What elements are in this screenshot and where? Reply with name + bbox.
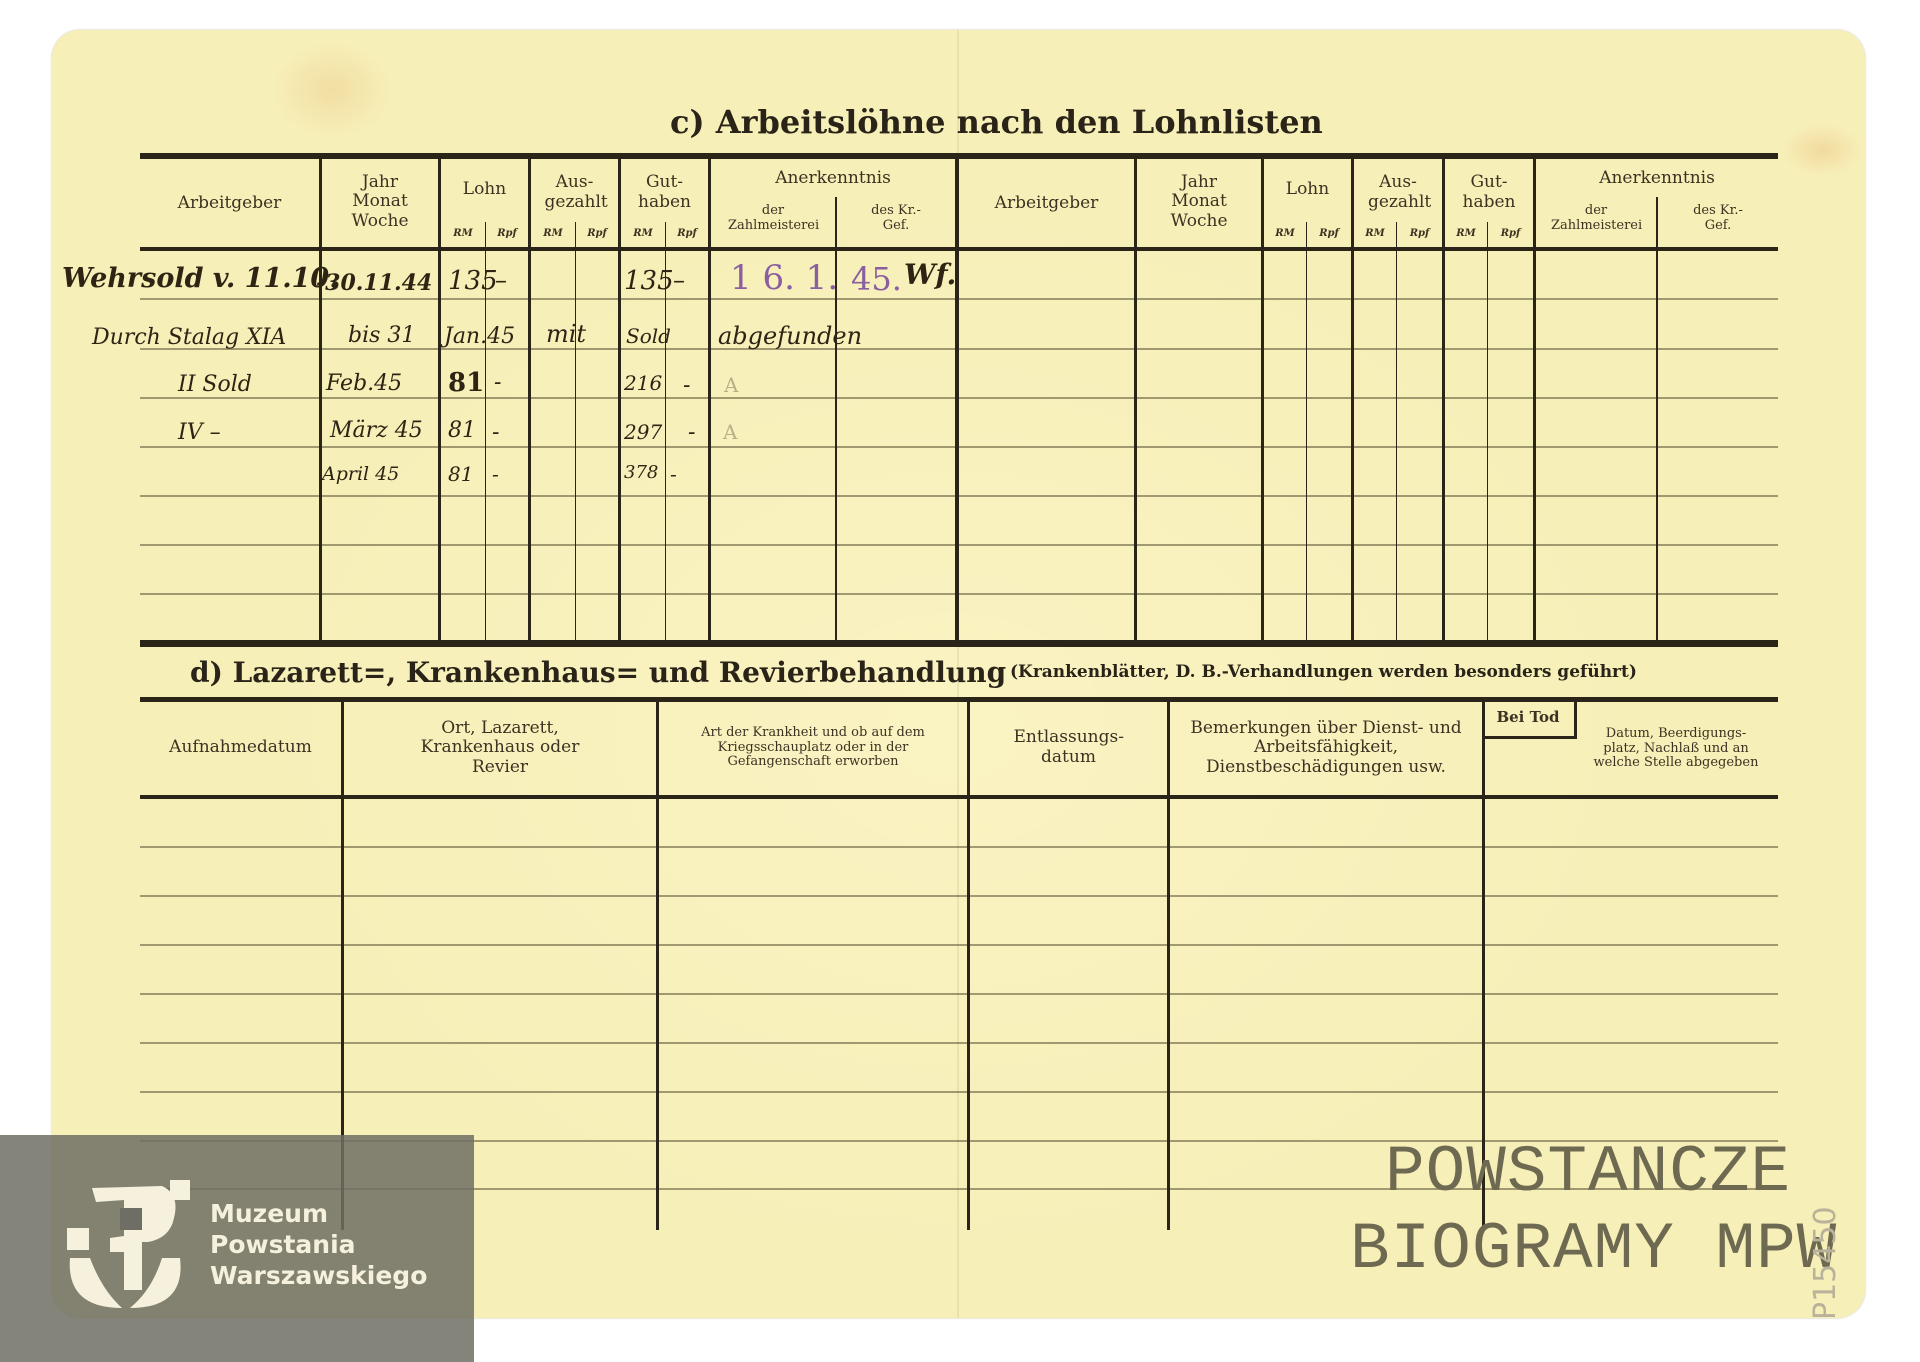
entry-arbeitgeber: Wehrsold v. 11.10.: [62, 263, 339, 294]
subcol-line: [1306, 222, 1307, 642]
section-c-title: c) Arbeitslöhne nach den Lohnlisten: [670, 103, 1323, 141]
header-ausgezahlt: Aus- gezahlt: [531, 163, 618, 223]
entry-jahr-monat: Feb.45: [326, 371, 402, 396]
header-der-zahlmeisterei-2: der Zahlmeisterei: [1536, 195, 1656, 243]
header-jahr-monat-woche: Jahr Monat Woche: [322, 162, 438, 242]
entry-guthaben-rpf: -: [683, 373, 690, 398]
entry-lohn-rpf: -: [494, 370, 501, 395]
header-des-kr-gef-2: des Kr.-Gef.: [1658, 195, 1778, 243]
subcol-line: [575, 222, 576, 642]
subheader-rm: RM: [1445, 228, 1487, 239]
row-rule: [140, 1091, 1778, 1093]
header-lohn: Lohn: [441, 165, 528, 215]
table-d-header-border: [140, 795, 1778, 799]
kotwica-logo-icon: [62, 1180, 192, 1315]
entry-jahr-monat: -30.11.44: [316, 270, 432, 296]
section-d-subtitle: (Krankenblätter, D. B.-Verhandlungen wer…: [1010, 662, 1637, 682]
header-lohn-2: Lohn: [1264, 165, 1351, 215]
header-bemerkungen: Bemerkungen über Dienst- und Arbeitsfähi…: [1170, 702, 1482, 794]
entry-lohn-rm: 81: [448, 418, 476, 443]
entry-lohn-rpf: –: [495, 266, 507, 294]
subheader-rm: RM: [1354, 228, 1396, 239]
entry-guthaben-rm: 135: [624, 266, 674, 296]
entry-guthaben-rm: 297: [624, 420, 662, 444]
header-ausgezahlt-2: Aus- gezahlt: [1354, 163, 1442, 223]
subheader-rm: RM: [621, 228, 665, 239]
subheader-rpf: Rpf: [486, 228, 528, 239]
header-der-zahlmeisterei: der Zahlmeisterei: [711, 195, 835, 243]
entry-lohn-rm: 135: [448, 266, 498, 296]
entry-guthaben-rpf: -: [670, 462, 677, 486]
row-rule: [140, 944, 1778, 946]
header-arbeitgeber-2: Arbeitgeber: [959, 160, 1134, 247]
signature: Wf.: [904, 258, 956, 291]
entry-initial: A: [723, 420, 737, 444]
row-rule: [140, 1042, 1778, 1044]
subheader-rpf: Rpf: [576, 228, 618, 239]
entry-zahlmeisterei: abgefunden: [718, 322, 862, 350]
subheader-rpf: Rpf: [666, 228, 708, 239]
entry-lohn-rpf: -: [492, 462, 499, 486]
entry-lohn-rm: 81: [448, 368, 484, 398]
archive-id: P15450: [1808, 1206, 1843, 1320]
subcol-line: [1656, 197, 1658, 642]
entry-guthaben-rpf: -: [688, 420, 695, 445]
header-art-der-krankheit: Art der Krankheit und ob auf dem Kriegss…: [659, 702, 967, 794]
header-entlassungsdatum: Entlassungs- datum: [970, 702, 1167, 794]
subheader-rpf: Rpf: [1307, 228, 1351, 239]
row-rule: [140, 895, 1778, 897]
subheader-rpf: Rpf: [1488, 228, 1533, 239]
entry-initial: A: [724, 373, 738, 397]
watermark-line1: POWSTANCZE: [1385, 1135, 1791, 1211]
subcol-line: [1396, 222, 1397, 642]
header-aufnahmedatum: Aufnahmedatum: [140, 702, 341, 794]
row-rule: [140, 993, 1778, 995]
header-ort: Ort, Lazarett, Krankenhaus oder Revier: [344, 702, 656, 794]
section-d-title: d) Lazarett=, Krankenhaus= und Revierbeh…: [190, 656, 1006, 689]
header-datum-beerdigung: Datum, Beerdigungs- platz, Nachlaß und a…: [1574, 706, 1778, 792]
entry-jahr-monat: bis 31: [348, 323, 415, 348]
header-guthaben-2: Gut- haben: [1445, 163, 1533, 223]
stamp-year: 45.: [851, 260, 902, 298]
subcol-line: [1487, 222, 1488, 642]
entry-guthaben-rm: 216: [624, 371, 662, 395]
entry-lohn-rpf: -: [492, 420, 499, 445]
header-bei-tod: Bei Tod: [1485, 703, 1571, 733]
subheader-rm: RM: [531, 228, 575, 239]
subheader-rm: RM: [441, 228, 485, 239]
subheader-rm: RM: [1264, 228, 1306, 239]
entry-guthaben-rpf: –: [673, 266, 685, 294]
header-anerkenntnis: Anerkenntnis: [711, 165, 955, 193]
entry-guthaben-rm: 378: [624, 462, 658, 483]
header-des-kr-gef: des Kr.-Gef.: [837, 195, 955, 243]
header-arbeitgeber: Arbeitgeber: [140, 160, 319, 247]
entry-lohn: Jan.45: [444, 324, 515, 349]
entry-jahr-monat: März 45: [330, 418, 423, 443]
entry-arbeitgeber: II Sold: [178, 372, 252, 397]
museum-name: Muzeum Powstania Warszawskiego: [210, 1198, 427, 1291]
entry-guthaben: Sold: [626, 324, 671, 348]
entry-arbeitgeber: Durch Stalag XIA: [92, 325, 286, 350]
entry-lohn-rm: 81: [448, 462, 473, 486]
entry-ausgezahlt: mit: [546, 320, 586, 348]
header-anerkenntnis-2: Anerkenntnis: [1536, 165, 1778, 193]
entry-arbeitgeber: IV –: [178, 420, 221, 445]
watermark-line2: BIOGRAMY MPW: [1350, 1212, 1837, 1288]
row-rule: [140, 846, 1778, 848]
entry-jahr-monat: April 45: [322, 463, 399, 485]
stamp-date: 1 6. 1.: [730, 258, 838, 298]
header-guthaben: Gut- haben: [621, 163, 708, 223]
subheader-rpf: Rpf: [1397, 228, 1442, 239]
header-jahr-monat-woche-2: Jahr Monat Woche: [1137, 162, 1261, 242]
